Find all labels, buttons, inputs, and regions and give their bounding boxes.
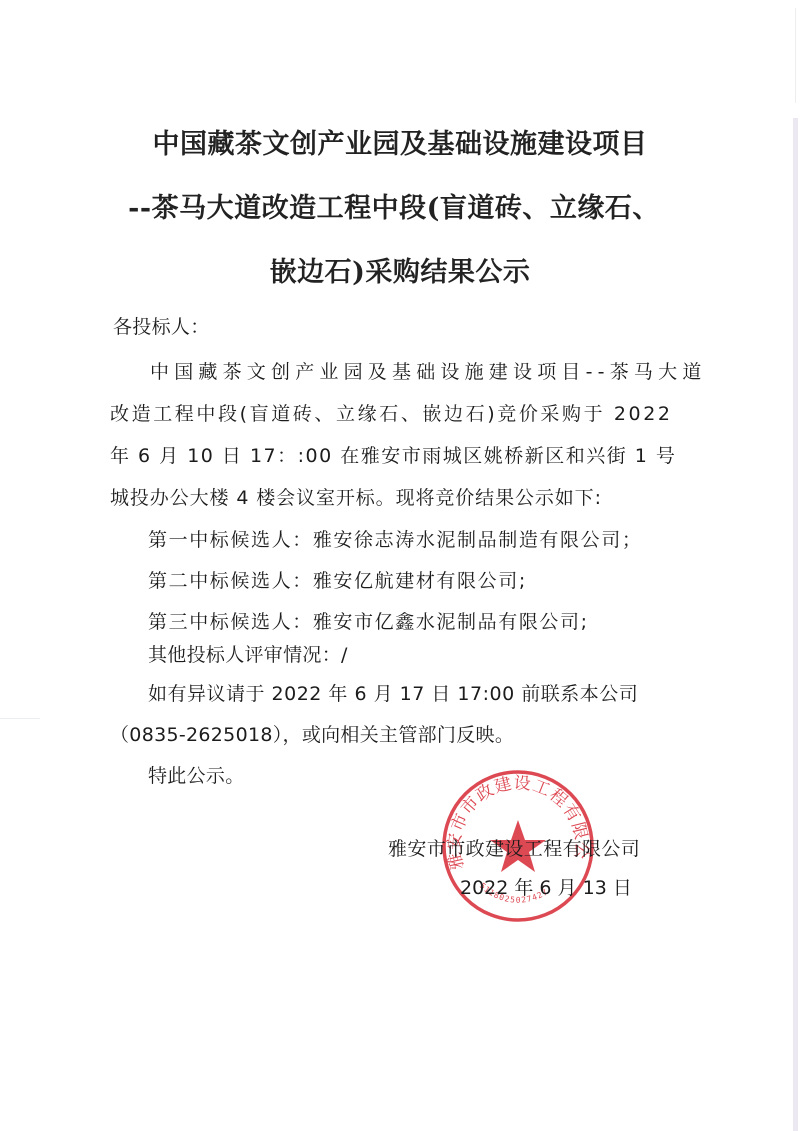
candidate-name: 雅安徐志涛水泥制品制造有限公司； bbox=[313, 529, 643, 551]
candidate-rank: 第二中标候选人： bbox=[148, 570, 313, 592]
candidate-name: 雅安市亿鑫水泥制品有限公司; bbox=[313, 611, 589, 633]
signature-date: 2022 年 6 月 13 日 bbox=[460, 873, 632, 900]
body-line-3: 年 6 月 10 日 17：:00 在雅安市雨城区姚桥新区和兴街 1 号 bbox=[110, 441, 676, 468]
candidate-1: 第一中标候选人：雅安徐志涛水泥制品制造有限公司； bbox=[148, 525, 642, 552]
document-title-line-2: --茶马大道改造工程中段(盲道砖、立缘石、 bbox=[0, 186, 794, 225]
document-title-line-1: 中国藏茶文创产业园及基础设施建设项目 bbox=[0, 122, 800, 161]
body-line-1: 中国藏茶文创产业园及基础设施建设项目--茶马大道 bbox=[150, 357, 707, 384]
candidate-name: 雅安亿航建材有限公司; bbox=[313, 570, 527, 592]
document-page: 中国藏茶文创产业园及基础设施建设项目 --茶马大道改造工程中段(盲道砖、立缘石、… bbox=[0, 0, 800, 1131]
body-line-2: 改造工程中段(盲道砖、立缘石、嵌边石)竞价采购于 2022 bbox=[110, 399, 673, 426]
signature-company: 雅安市市政建设工程有限公司 bbox=[388, 834, 640, 861]
document-title-line-3: 嵌边石)采购结果公示 bbox=[0, 250, 800, 289]
body-line-4: 城投办公大楼 4 楼会议室开标。现将竞价结果公示如下: bbox=[110, 483, 602, 510]
candidate-rank: 第三中标候选人： bbox=[148, 611, 313, 633]
salutation: 各投标人： bbox=[113, 312, 210, 339]
candidate-2: 第二中标候选人：雅安亿航建材有限公司; bbox=[148, 566, 527, 593]
scan-edge-top bbox=[795, 8, 796, 103]
objection-line-2: （0835-2625018），或向相关主管部门反映。 bbox=[110, 720, 514, 747]
closing-remark: 特此公示。 bbox=[148, 761, 245, 788]
candidate-rank: 第一中标候选人： bbox=[148, 529, 313, 551]
scan-artifact bbox=[0, 718, 40, 719]
objection-line-1: 如有异议请于 2022 年 6 月 17 日 17:00 前联系本公司 bbox=[148, 679, 638, 706]
candidate-3: 第三中标候选人：雅安市亿鑫水泥制品有限公司; bbox=[148, 607, 589, 634]
other-bidders: 其他投标人评审情况：/ bbox=[148, 640, 348, 667]
